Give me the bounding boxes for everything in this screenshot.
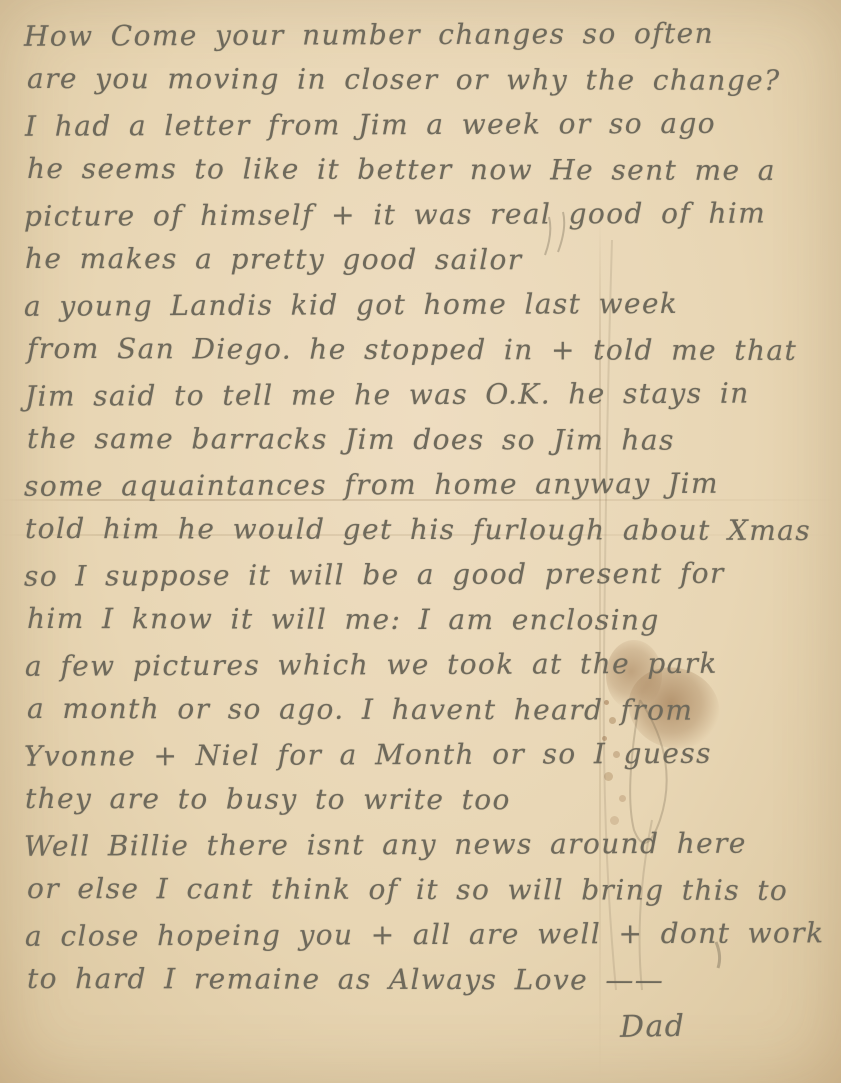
letter-line: some aquaintances from home anyway Jim bbox=[24, 460, 833, 509]
letter-line: him I know it will me: I am enclosing bbox=[27, 596, 833, 643]
letter-line: from San Diego. he stopped in + told me … bbox=[27, 326, 833, 373]
signature: Dad bbox=[620, 1001, 834, 1050]
letter-line: a month or so ago. I havent heard from bbox=[27, 686, 833, 733]
letter-line: he seems to like it better now He sent m… bbox=[27, 146, 833, 193]
letter-line: told him he would get his furlough about… bbox=[25, 506, 833, 553]
letter-line: Yvonne + Niel for a Month or so I guess bbox=[24, 730, 833, 779]
letter-line: a few pictures which we took at the park bbox=[25, 640, 833, 689]
letter-line: or else I cant think of it so will bring… bbox=[27, 866, 833, 913]
letter-line: I had a letter from Jim a week or so ago bbox=[25, 100, 833, 149]
letter-line: a young Landis kid got home last week bbox=[24, 280, 833, 329]
letter-line: Well Billie there isnt any news around h… bbox=[24, 820, 833, 869]
letter-line: so I suppose it will be a good present f… bbox=[24, 550, 833, 599]
letter-line: the same barracks Jim does so Jim has bbox=[27, 416, 833, 463]
letter-line: to hard I remaine as Always Love —— bbox=[27, 956, 833, 1003]
letter-line: a close hopeing you + all are well + don… bbox=[25, 910, 833, 959]
letter-line: he makes a pretty good sailor bbox=[25, 236, 833, 283]
letter-page: How Come your number changes so often ar… bbox=[0, 0, 841, 1083]
letter-line: How Come your number changes so often bbox=[24, 10, 833, 59]
letter-line: are you moving in closer or why the chan… bbox=[27, 56, 833, 103]
letter-line: they are to busy to write too bbox=[25, 776, 833, 823]
letter-body: How Come your number changes so often ar… bbox=[24, 12, 833, 1048]
letter-line: Jim said to tell me he was O.K. he stays… bbox=[25, 370, 833, 419]
letter-line: picture of himself + it was real good of… bbox=[24, 190, 833, 239]
